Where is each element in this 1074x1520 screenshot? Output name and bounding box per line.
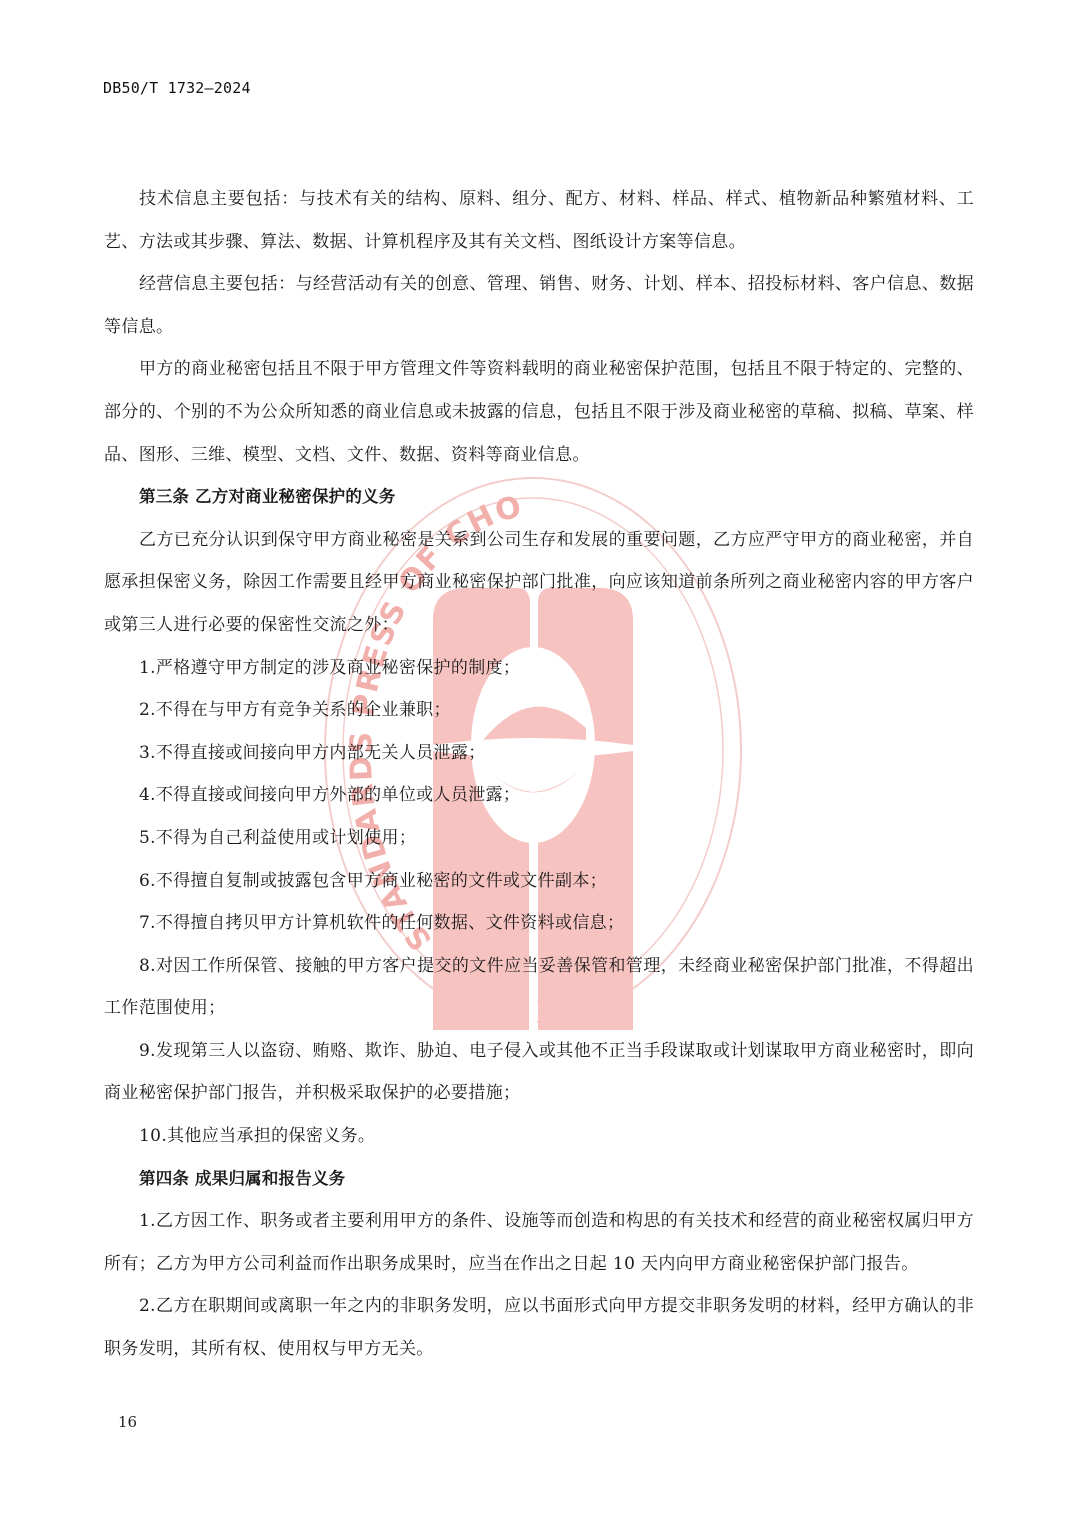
paragraph-trade-secret-scope: 甲方的商业秘密包括且不限于甲方管理文件等资料载明的商业秘密保护范围，包括且不限于… [104, 348, 974, 476]
article-3-item-7: 7.不得擅自拷贝甲方计算机软件的任何数据、文件资料或信息； [104, 902, 974, 945]
article-4-item-1: 1.乙方因工作、职务或者主要利用甲方的条件、设施等而创造和构思的有关技术和经营的… [104, 1200, 974, 1285]
standard-code-header: DB50/T 1732—2024 [103, 79, 251, 97]
article-3-item-9: 9.发现第三人以盗窃、贿赂、欺诈、胁迫、电子侵入或其他不正当手段谋取或计划谋取甲… [104, 1030, 974, 1115]
paragraph-technical-info: 技术信息主要包括：与技术有关的结构、原料、组分、配方、材料、样品、样式、植物新品… [104, 178, 974, 263]
article-4-item-2: 2.乙方在职期间或离职一年之内的非职务发明，应以书面形式向甲方提交非职务发明的材… [104, 1285, 974, 1370]
document-page: DB50/T 1732—2024 STANDARDS PRESS OF CHON… [0, 0, 1074, 1520]
document-body: 技术信息主要包括：与技术有关的结构、原料、组分、配方、材料、样品、样式、植物新品… [104, 178, 974, 1371]
article-3-item-6: 6.不得擅自复制或披露包含甲方商业秘密的文件或文件副本； [104, 860, 974, 903]
article-4-heading: 第四条 成果归属和报告义务 [104, 1158, 974, 1201]
article-3-item-5: 5.不得为自己利益使用或计划使用； [104, 817, 974, 860]
article-3-item-8: 8.对因工作所保管、接触的甲方客户提交的文件应当妥善保管和管理，未经商业秘密保护… [104, 945, 974, 1030]
article-3-item-2: 2.不得在与甲方有竞争关系的企业兼职； [104, 689, 974, 732]
article-3-item-4: 4.不得直接或间接向甲方外部的单位或人员泄露； [104, 774, 974, 817]
article-3-intro: 乙方已充分认识到保守甲方商业秘密是关系到公司生存和发展的重要问题，乙方应严守甲方… [104, 519, 974, 647]
article-3-item-1: 1.严格遵守甲方制定的涉及商业秘密保护的制度； [104, 647, 974, 690]
article-3-item-10: 10.其他应当承担的保密义务。 [104, 1115, 974, 1158]
page-number: 16 [118, 1413, 137, 1431]
paragraph-business-info: 经营信息主要包括：与经营活动有关的创意、管理、销售、财务、计划、样本、招投标材料… [104, 263, 974, 348]
article-3-item-3: 3.不得直接或间接向甲方内部无关人员泄露； [104, 732, 974, 775]
article-3-heading: 第三条 乙方对商业秘密保护的义务 [104, 476, 974, 519]
